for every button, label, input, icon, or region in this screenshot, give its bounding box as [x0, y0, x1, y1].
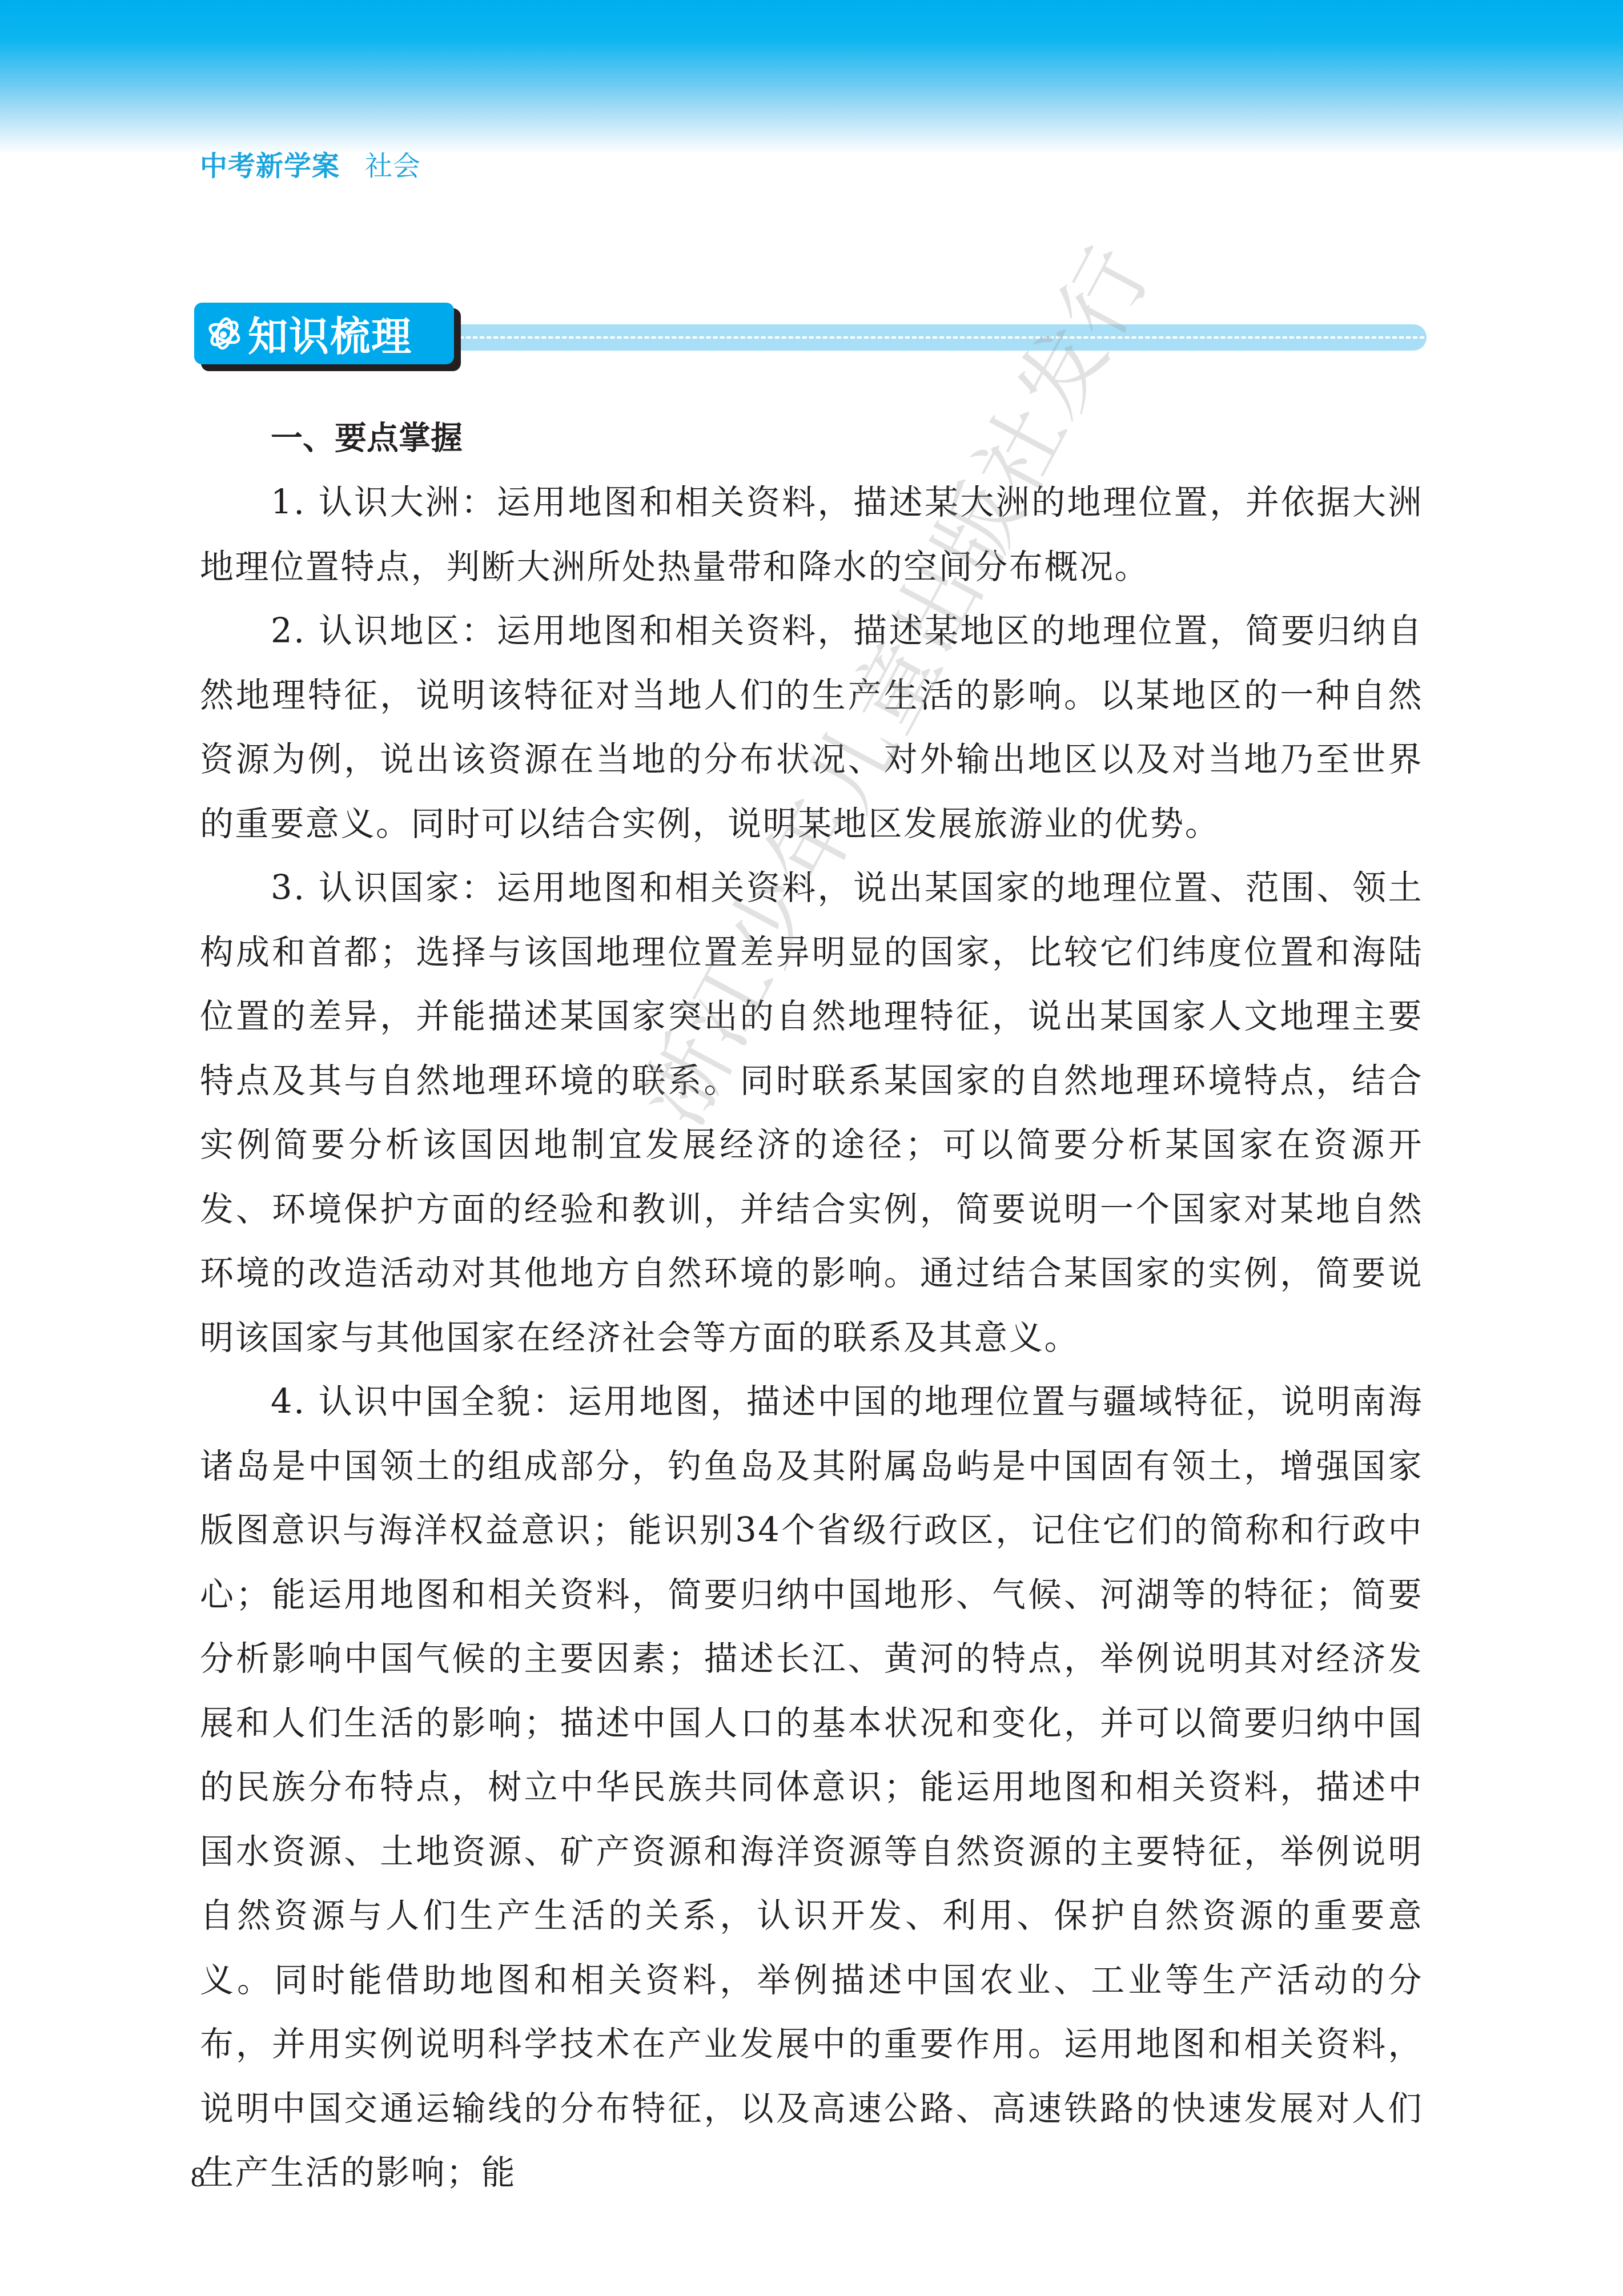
- series-title: 中考新学案: [200, 150, 340, 182]
- paragraph-china-overview: 4. 认识中国全貌：运用地图，描述中国的地理位置与疆域特征，说明南海诸岛是中国领…: [200, 1370, 1423, 2205]
- subject-title: 社会: [365, 150, 421, 182]
- paragraph-countries: 3. 认识国家：运用地图和相关资料，说出某国家的地理位置、范围、领土构成和首都；…: [200, 856, 1423, 1370]
- paragraph-regions: 2. 认识地区：运用地图和相关资料，描述某地区的地理位置，简要归纳自然地理特征，…: [200, 599, 1423, 856]
- banner-dashed-line: [411, 336, 1424, 339]
- atom-icon: [207, 316, 242, 351]
- running-head: 中考新学案社会: [200, 144, 421, 183]
- banner-strip: [411, 324, 1427, 351]
- page-number: 8: [191, 2160, 205, 2193]
- banner-title-box: 知识梳理: [194, 303, 454, 364]
- content-body: 一、要点掌握 1. 认识大洲：运用地图和相关资料，描述某大洲的地理位置，并依据大…: [200, 407, 1423, 2205]
- header-gradient-band: [0, 0, 1623, 154]
- section-banner: 知识梳理: [194, 303, 1428, 371]
- subheading-key-points: 一、要点掌握: [200, 407, 1423, 471]
- section-title: 知识梳理: [248, 305, 412, 363]
- paragraph-continents: 1. 认识大洲：运用地图和相关资料，描述某大洲的地理位置，并依据大洲地理位置特点…: [200, 471, 1423, 599]
